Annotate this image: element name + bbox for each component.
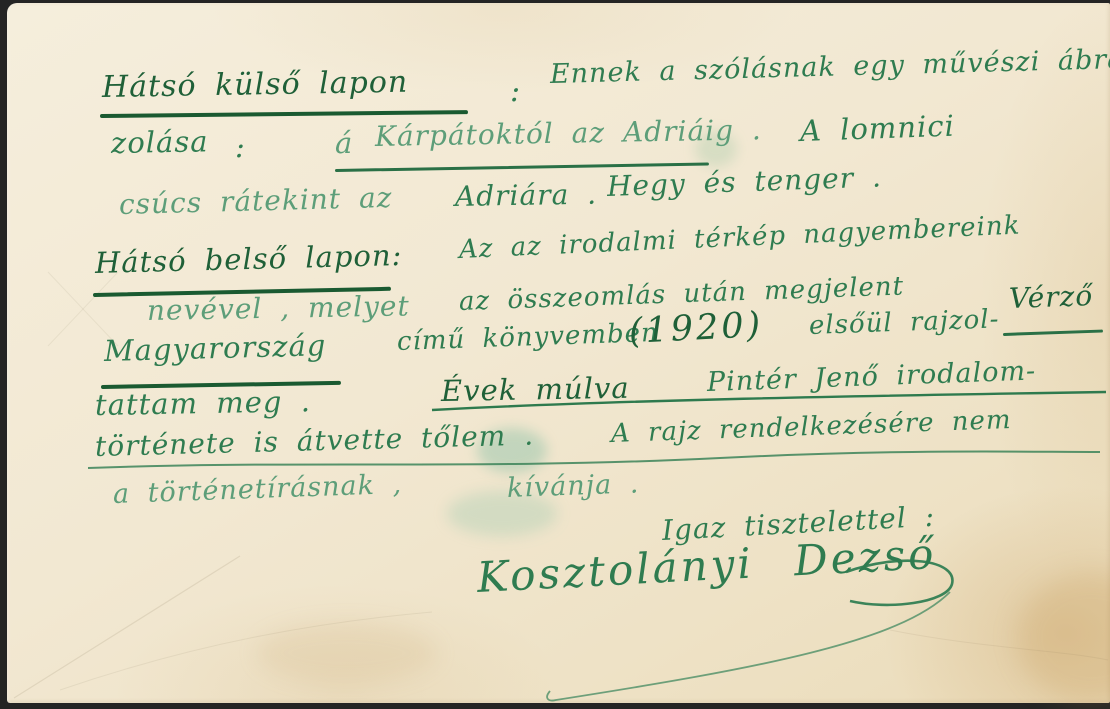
handwritten-word-verzo: Vérző <box>1009 282 1094 313</box>
fold-crease <box>14 556 240 698</box>
handwritten-label-back-outer-page: Hátsó külső lapon <box>102 68 409 103</box>
handwritten-label-back-inner-page: Hátsó belső lapon: <box>95 241 403 278</box>
handwritten-phrase-evek-mulva: Évek múlva <box>441 374 630 406</box>
handwritten-phrase-karpatoktol-az-adriaig: Kárpátoktól az Adriáig . <box>375 116 762 151</box>
handwritten-line: A lomnici <box>799 112 955 146</box>
manuscript-paper: Hátsó külső lapon : Ennek a szólásnak eg… <box>7 3 1110 703</box>
handwritten-word: á <box>335 129 353 158</box>
handwritten-word: kívánja . <box>507 470 640 502</box>
fold-crease <box>60 612 432 690</box>
handwritten-word-magyarorszag: Magyarország <box>104 331 327 366</box>
handwritten-line: elsőül rajzol- <box>809 306 1000 339</box>
signature-flourish-tail <box>547 592 950 701</box>
handwritten-year-1920: (1920) <box>628 308 764 350</box>
handwritten-colon: : <box>510 77 521 107</box>
scanned-manuscript-page: { "page": { "kind": "scanned handwritten… <box>0 0 1110 709</box>
fold-crease <box>890 630 1108 660</box>
handwritten-line: nevével , melyet <box>147 292 410 325</box>
handwritten-line: zolása <box>111 127 209 158</box>
handwritten-colon: : <box>235 133 246 162</box>
handwritten-word: Adriára . <box>455 181 598 211</box>
handwritten-line: tattam meg . <box>95 387 311 420</box>
handwritten-line: csúcs rátekint az <box>119 184 393 219</box>
